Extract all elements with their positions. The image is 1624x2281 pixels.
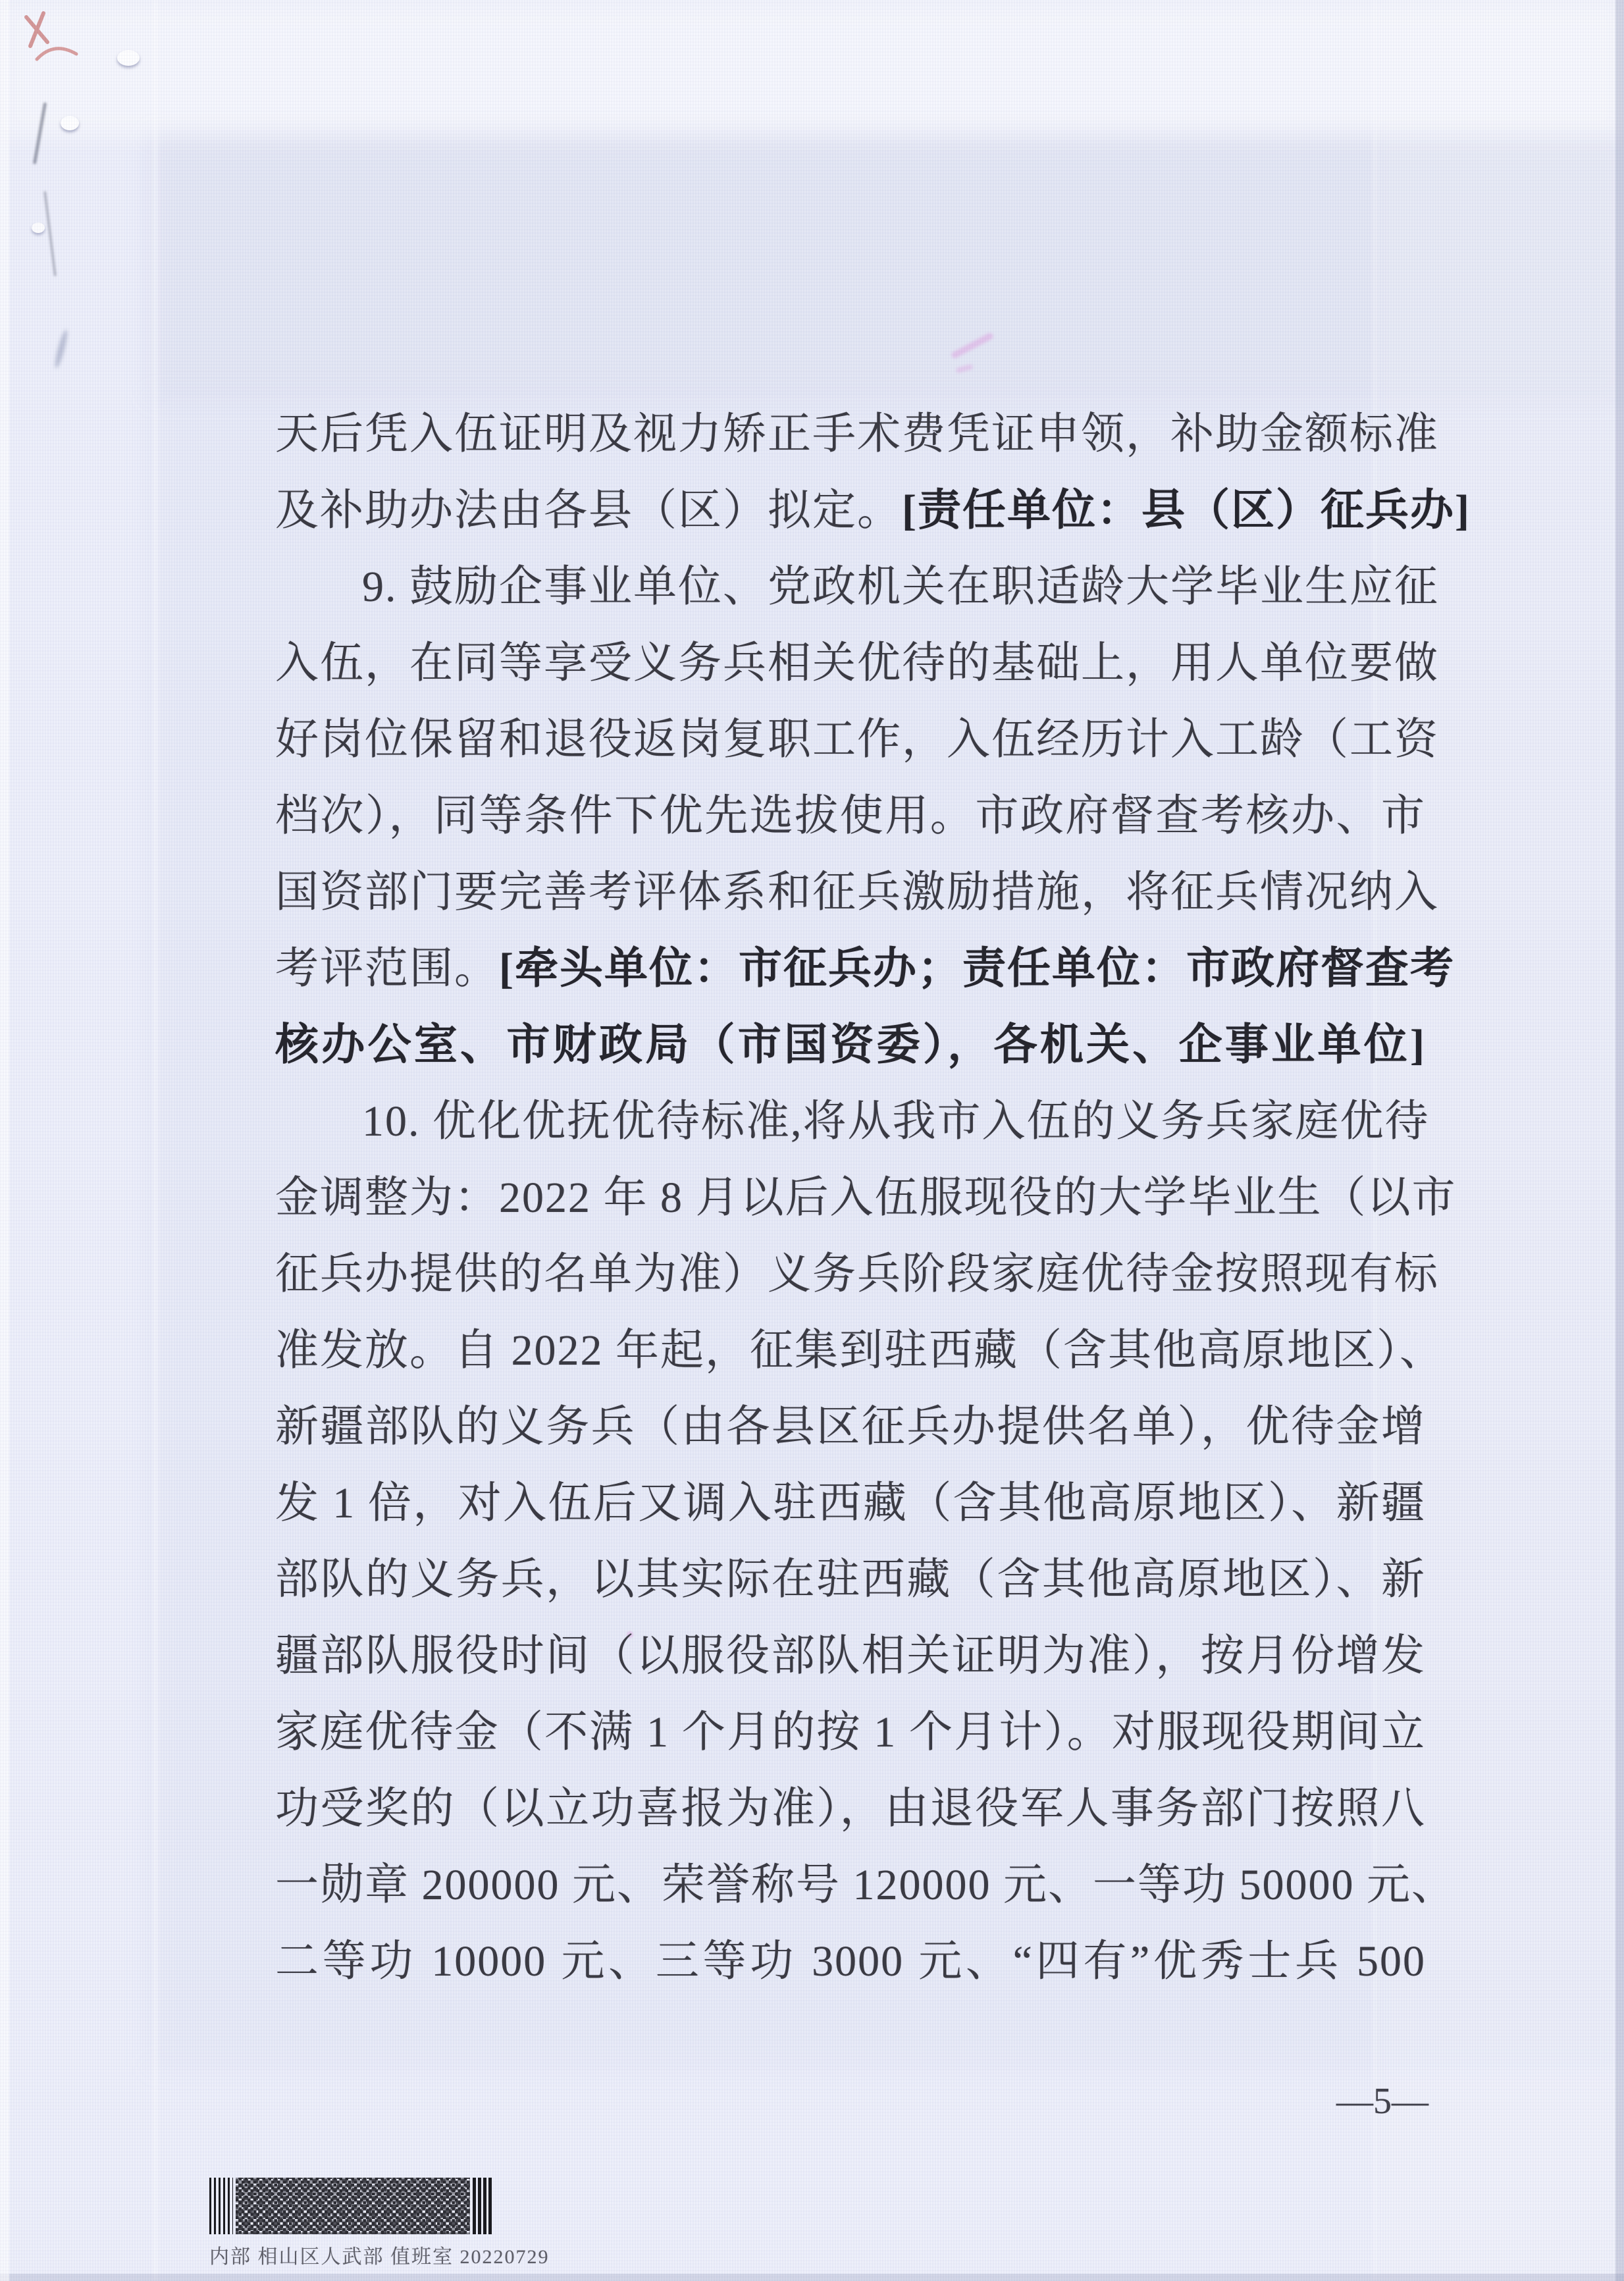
- text-run: 入伍，在同等享受义务兵相关优待的基础上，用人单位要做: [275, 639, 1439, 687]
- text-line: 金调整为：2022 年 8 月以后入伍服现役的大学毕业生（以市: [275, 1160, 1426, 1236]
- text-run: 9. 鼓励企事业单位、党政机关在职适龄大学毕业生应征: [362, 563, 1439, 611]
- text-run: 档次），同等条件下优先选拔使用。市政府督查考核办、市: [275, 792, 1426, 840]
- text-line: 功受奖的（以立功喜报为准），由退役军人事务部门按照八: [275, 1771, 1426, 1847]
- text-run: 功受奖的（以立功喜报为准），由退役军人事务部门按照八: [275, 1785, 1426, 1833]
- text-line: 准发放。自 2022 年起，征集到驻西藏（含其他高原地区）、: [275, 1313, 1426, 1389]
- text-run: 家庭优待金（不满 1 个月的按 1 个月计）。对服现役期间立: [275, 1708, 1426, 1756]
- text-line: 疆部队服役时间（以服役部队相关证明为准），按月份增发: [275, 1618, 1426, 1694]
- text-run: 10. 优化优抚优待标准,将从我市入伍的义务兵家庭优待: [362, 1097, 1430, 1145]
- text-run: [责任单位：县（区）征兵办]: [902, 486, 1471, 535]
- text-line: 家庭优待金（不满 1 个月的按 1 个月计）。对服现役期间立: [275, 1694, 1426, 1771]
- text-line: 新疆部队的义务兵（由各县区征兵办提供名单），优待金增: [275, 1389, 1426, 1465]
- paper-speck: [117, 50, 140, 66]
- text-run: 好岗位保留和退役返岗复职工作，入伍经历计入工龄（工资: [275, 716, 1439, 764]
- text-run: 一勋章 200000 元、荣誉称号 120000 元、一等功 50000 元、: [275, 1861, 1456, 1909]
- text-run: 天后凭入伍证明及视力矫正手术费凭证申领，补助金额标准: [275, 410, 1439, 458]
- text-line: 档次），同等条件下优先选拔使用。市政府督查考核办、市: [275, 778, 1426, 854]
- scanned-page: 天后凭入伍证明及视力矫正手术费凭证申领，补助金额标准及补助办法由各县（区）拟定。…: [0, 0, 1624, 2281]
- text-line: 好岗位保留和退役返岗复职工作，入伍经历计入工龄（工资: [275, 702, 1426, 778]
- paper-speck: [32, 223, 45, 233]
- page-number: —5—: [1336, 2082, 1468, 2121]
- text-line: 发 1 倍，对入伍后又调入驻西藏（含其他高原地区）、新疆: [275, 1465, 1426, 1542]
- pink-ink-smudge: [955, 364, 973, 373]
- text-line: 核办公室、市财政局（市国资委），各机关、企事业单位]: [275, 1007, 1426, 1084]
- barcode-2d-icon: [209, 2178, 492, 2234]
- text-run: 征兵办提供的名单为准）义务兵阶段家庭优待金按照现有标: [275, 1250, 1439, 1298]
- scan-edge-shadow: [0, 2274, 1624, 2281]
- scan-edge-shadow: [1615, 0, 1624, 2281]
- red-pen-scribble-icon: [18, 4, 81, 66]
- red-pen-scribble-icon: [33, 37, 82, 76]
- text-line: 9. 鼓励企事业单位、党政机关在职适龄大学毕业生应征: [275, 549, 1426, 625]
- text-line: 国资部门要完善考评体系和征兵激励措施，将征兵情况纳入: [275, 854, 1426, 931]
- fold-crease-left: [153, 0, 157, 2281]
- text-run: [牵头单位：市征兵办；责任单位：市政府督查考: [499, 945, 1455, 993]
- edge-streak: [43, 191, 57, 276]
- edge-streak: [33, 102, 47, 164]
- text-line: 入伍，在同等享受义务兵相关优待的基础上，用人单位要做: [275, 625, 1426, 702]
- text-run: 疆部队服役时间（以服役部队相关证明为准），按月份增发: [275, 1632, 1426, 1680]
- document-text: 天后凭入伍证明及视力矫正手术费凭证申领，补助金额标准及补助办法由各县（区）拟定。…: [275, 396, 1426, 2000]
- text-run: 国资部门要完善考评体系和征兵激励措施，将征兵情况纳入: [275, 868, 1439, 916]
- text-run: 部队的义务兵，以其实际在驻西藏（含其他高原地区）、新: [275, 1556, 1426, 1604]
- footer-stamp: 内部 相山区人武部 值班室 20220729: [209, 2178, 550, 2269]
- text-line: 部队的义务兵，以其实际在驻西藏（含其他高原地区）、新: [275, 1542, 1426, 1618]
- text-run: 考评范围。: [275, 945, 499, 993]
- text-run: 核办公室、市财政局（市国资委），各机关、企事业单位]: [275, 1021, 1426, 1069]
- scan-band-top: [0, 0, 1624, 138]
- text-run: 金调整为：2022 年 8 月以后入伍服现役的大学毕业生（以市: [275, 1174, 1457, 1222]
- scan-edge-highlight: [0, 0, 9, 2281]
- paper-speck: [61, 116, 79, 130]
- edge-smear: [53, 329, 69, 369]
- text-line: 天后凭入伍证明及视力矫正手术费凭证申领，补助金额标准: [275, 396, 1426, 473]
- text-run: 二等功 10000 元、三等功 3000 元、“四有”优秀士兵 500: [275, 1937, 1426, 1985]
- text-run: 及补助办法由各县（区）拟定。: [275, 486, 902, 535]
- text-run: 发 1 倍，对入伍后又调入驻西藏（含其他高原地区）、新疆: [275, 1479, 1426, 1527]
- text-line: 考评范围。[牵头单位：市征兵办；责任单位：市政府督查考: [275, 931, 1426, 1007]
- text-line: 10. 优化优抚优待标准,将从我市入伍的义务兵家庭优待: [275, 1084, 1426, 1160]
- text-line: 及补助办法由各县（区）拟定。[责任单位：县（区）征兵办]: [275, 473, 1426, 549]
- text-run: 新疆部队的义务兵（由各县区征兵办提供名单），优待金增: [275, 1403, 1426, 1451]
- scan-band-upper: [150, 135, 1624, 398]
- text-run: 准发放。自 2022 年起，征集到驻西藏（含其他高原地区）、: [275, 1326, 1444, 1375]
- text-line: 二等功 10000 元、三等功 3000 元、“四有”优秀士兵 500: [275, 1924, 1426, 2000]
- stamp-caption: 内部 相山区人武部 值班室 20220729: [209, 2240, 550, 2269]
- barcode-data-region: [236, 2178, 470, 2234]
- pink-ink-smudge: [951, 332, 995, 359]
- text-line: 征兵办提供的名单为准）义务兵阶段家庭优待金按照现有标: [275, 1236, 1426, 1313]
- text-line: 一勋章 200000 元、荣誉称号 120000 元、一等功 50000 元、: [275, 1847, 1426, 1924]
